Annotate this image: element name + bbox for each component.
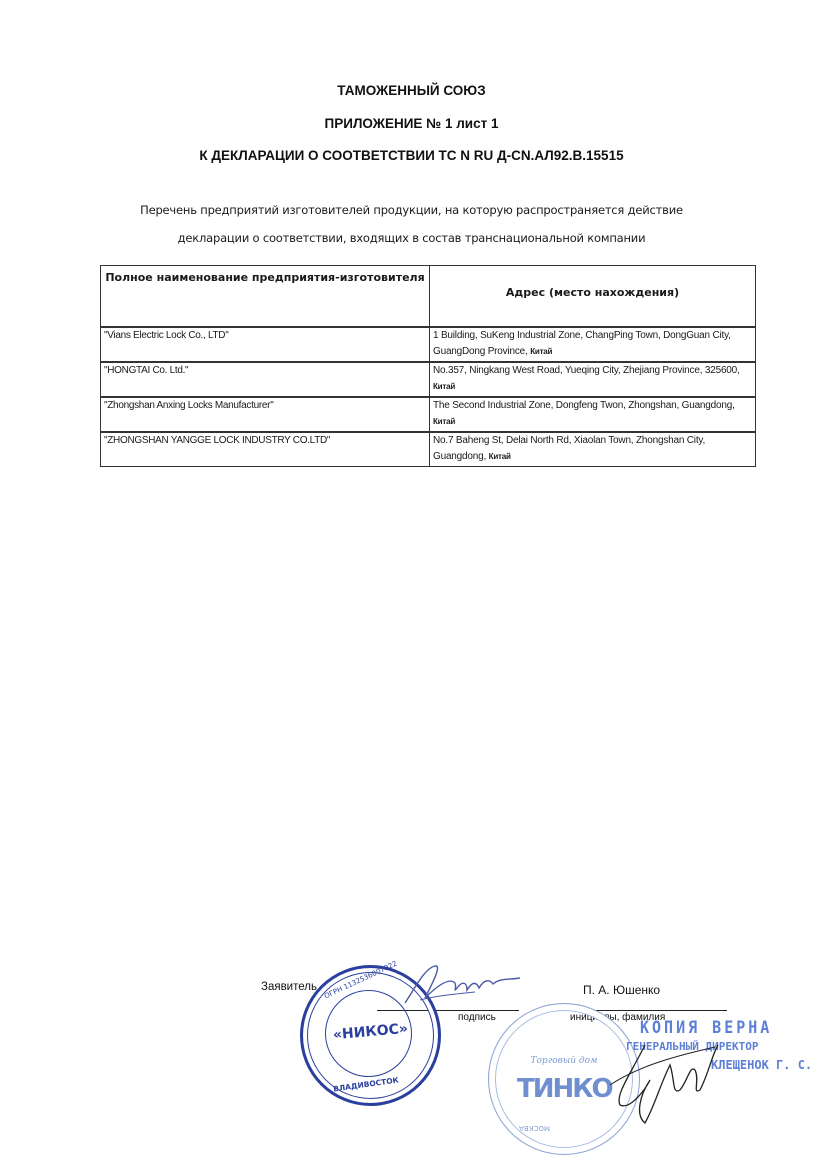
applicant-name: П. А. Юшенко — [583, 983, 660, 997]
manufacturer-address: No.7 Baheng St, Delai North Rd, Xiaolan … — [430, 432, 756, 467]
certified-copy-text: КОПИЯ ВЕРНА — [640, 1017, 772, 1038]
manufacturer-name: "HONGTAI Co. Ltd." — [101, 362, 430, 397]
header-address: Адрес (место нахождения) — [430, 266, 756, 328]
stamp-city: ВЛАДИВОСТОК — [333, 1075, 400, 1093]
document-page: ТАМОЖЕННЫЙ СОЮЗ ПРИЛОЖЕНИЕ № 1 лист 1 К … — [0, 0, 823, 1165]
stamp-city: МОСКВА — [519, 1124, 550, 1132]
address-text: No.357, Ningkang West Road, Yueqing City… — [433, 365, 740, 376]
manufacturers-table: Полное наименование предприятия-изготови… — [100, 265, 756, 467]
address-text: No.7 Baheng St, Delai North Rd, Xiaolan … — [433, 435, 705, 462]
address-text: 1 Building, SuKeng Industrial Zone, Chan… — [433, 330, 731, 357]
union-title: ТАМОЖЕННЫЙ СОЮЗ — [0, 83, 823, 98]
director-name-text: КЛЕЩЕНОК Г. С. — [711, 1058, 812, 1072]
signature-caption: подпись — [458, 1012, 496, 1023]
manufacturer-address: The Second Industrial Zone, Dongfeng Two… — [430, 397, 756, 432]
address-text: The Second Industrial Zone, Dongfeng Two… — [433, 400, 735, 411]
director-title-text: ГЕНЕРАЛЬНЫЙ ДИРЕКТОР — [626, 1040, 758, 1053]
manufacturer-name: "Zhongshan Anxing Locks Manufacturer" — [101, 397, 430, 432]
manufacturer-address: 1 Building, SuKeng Industrial Zone, Chan… — [430, 327, 756, 362]
table-row: "HONGTAI Co. Ltd." No.357, Ningkang West… — [101, 362, 756, 397]
country: Китай — [433, 417, 455, 426]
header-manufacturer-name: Полное наименование предприятия-изготови… — [101, 266, 430, 328]
intro-line-2: декларации о соответствии, входящих в со… — [0, 231, 823, 245]
country: Китай — [433, 382, 455, 391]
country: Китай — [530, 347, 552, 356]
table-row: "Vians Electric Lock Co., LTD" 1 Buildin… — [101, 327, 756, 362]
declaration-title: К ДЕКЛАРАЦИИ О СООТВЕТСТВИИ ТС N RU Д-CN… — [0, 148, 823, 163]
stamp-trade-house: Торговый дом — [489, 1056, 639, 1066]
appendix-title: ПРИЛОЖЕНИЕ № 1 лист 1 — [0, 116, 823, 131]
nikos-company-stamp: ОГРН 1132536007922 «НИКОС» ВЛАДИВОСТОК — [300, 965, 441, 1106]
tinko-company-stamp: Торговый дом ТИНКО МОСКВА — [488, 1003, 640, 1155]
manufacturer-address: No.357, Ningkang West Road, Yueqing City… — [430, 362, 756, 397]
manufacturer-name: "ZHONGSHAN YANGGE LOCK INDUSTRY CO.LTD" — [101, 432, 430, 467]
country: Китай — [489, 452, 511, 461]
table-row: "Zhongshan Anxing Locks Manufacturer" Th… — [101, 397, 756, 432]
applicant-label: Заявитель — [261, 981, 317, 993]
manufacturer-name: "Vians Electric Lock Co., LTD" — [101, 327, 430, 362]
tinko-logo-icon: ТИНКО — [517, 1074, 612, 1104]
intro-line-1: Перечень предприятий изготовителей проду… — [0, 203, 823, 217]
table-row: "ZHONGSHAN YANGGE LOCK INDUSTRY CO.LTD" … — [101, 432, 756, 467]
table-header-row: Полное наименование предприятия-изготови… — [101, 266, 756, 328]
